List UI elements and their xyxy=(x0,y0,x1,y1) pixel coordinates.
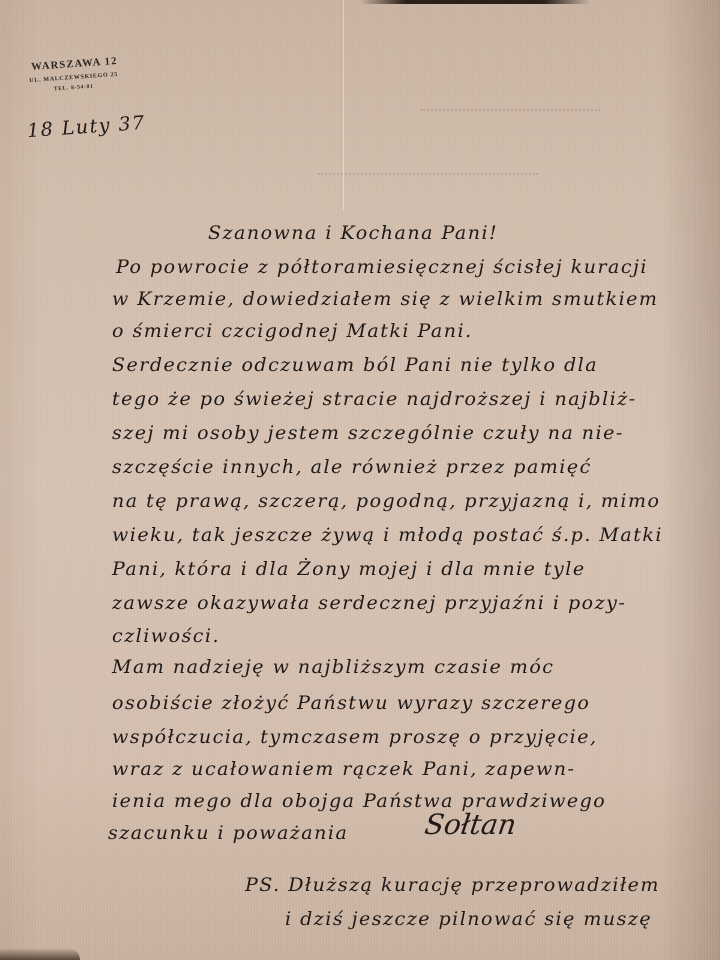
postscript-line: PS. Dłuższą kurację przeprowadziłem xyxy=(245,874,660,896)
body-line: szczęście innych, ale również przez pami… xyxy=(112,456,592,478)
letter-page: WARSZAWA 12 UL. MALCZEWSKIEGO 25 TEL. 8-… xyxy=(0,0,720,960)
body-line: czliwości. xyxy=(112,625,220,647)
body-line: współczucia, tymczasem proszę o przyjęci… xyxy=(112,726,598,748)
body-line: wieku, tak jeszcze żywą i młodą postać ś… xyxy=(112,524,663,546)
body-line: zawsze okazywała serdecznej przyjaźni i … xyxy=(112,592,626,614)
salutation: Szanowna i Kochana Pani! xyxy=(208,222,498,244)
top-edge-shadow xyxy=(360,0,590,4)
body-line: osobiście złożyć Państwu wyrazy szczereg… xyxy=(112,692,590,714)
letterhead-stamp: WARSZAWA 12 UL. MALCZEWSKIEGO 25 TEL. 8-… xyxy=(30,56,119,94)
body-line: ienia mego dla obojga Państwa prawdziweg… xyxy=(112,790,606,812)
letter-date: 18 Luty 37 xyxy=(26,112,146,142)
bleed-through-mark xyxy=(420,95,600,111)
paper-fold-line xyxy=(343,0,344,210)
body-line: tego że po świeżej stracie najdroższej i… xyxy=(112,388,637,410)
body-line: Serdecznie odczuwam ból Pani nie tylko d… xyxy=(112,354,598,376)
body-line: o śmierci czcigodnej Matki Pani. xyxy=(112,320,473,342)
body-line: Pani, która i dla Żony mojej i dla mnie … xyxy=(112,558,586,580)
body-line: szej mi osoby jestem szczególnie czuły n… xyxy=(112,422,624,444)
body-line: na tę prawą, szczerą, pogodną, przyjazną… xyxy=(112,490,660,512)
letterhead-phone: TEL. 8-54-01 xyxy=(54,82,120,93)
postscript-line: i dziś jeszcze pilnować się muszę xyxy=(285,908,652,930)
letterhead-city: WARSZAWA 12 xyxy=(31,56,118,73)
corner-shadow xyxy=(0,948,80,960)
body-line: szacunku i poważania xyxy=(108,822,348,844)
bleed-through-mark xyxy=(318,163,538,175)
body-line: Mam nadzieję w najbliższym czasie móc xyxy=(112,656,554,678)
body-line: wraz z ucałowaniem rączek Pani, zapewn- xyxy=(112,758,575,780)
body-line: Po powrocie z półtoramiesięcznej ścisłej… xyxy=(116,256,648,278)
body-line: w Krzemie, dowiedziałem się z wielkim sm… xyxy=(112,288,658,310)
signature: Sołtan xyxy=(423,808,519,841)
